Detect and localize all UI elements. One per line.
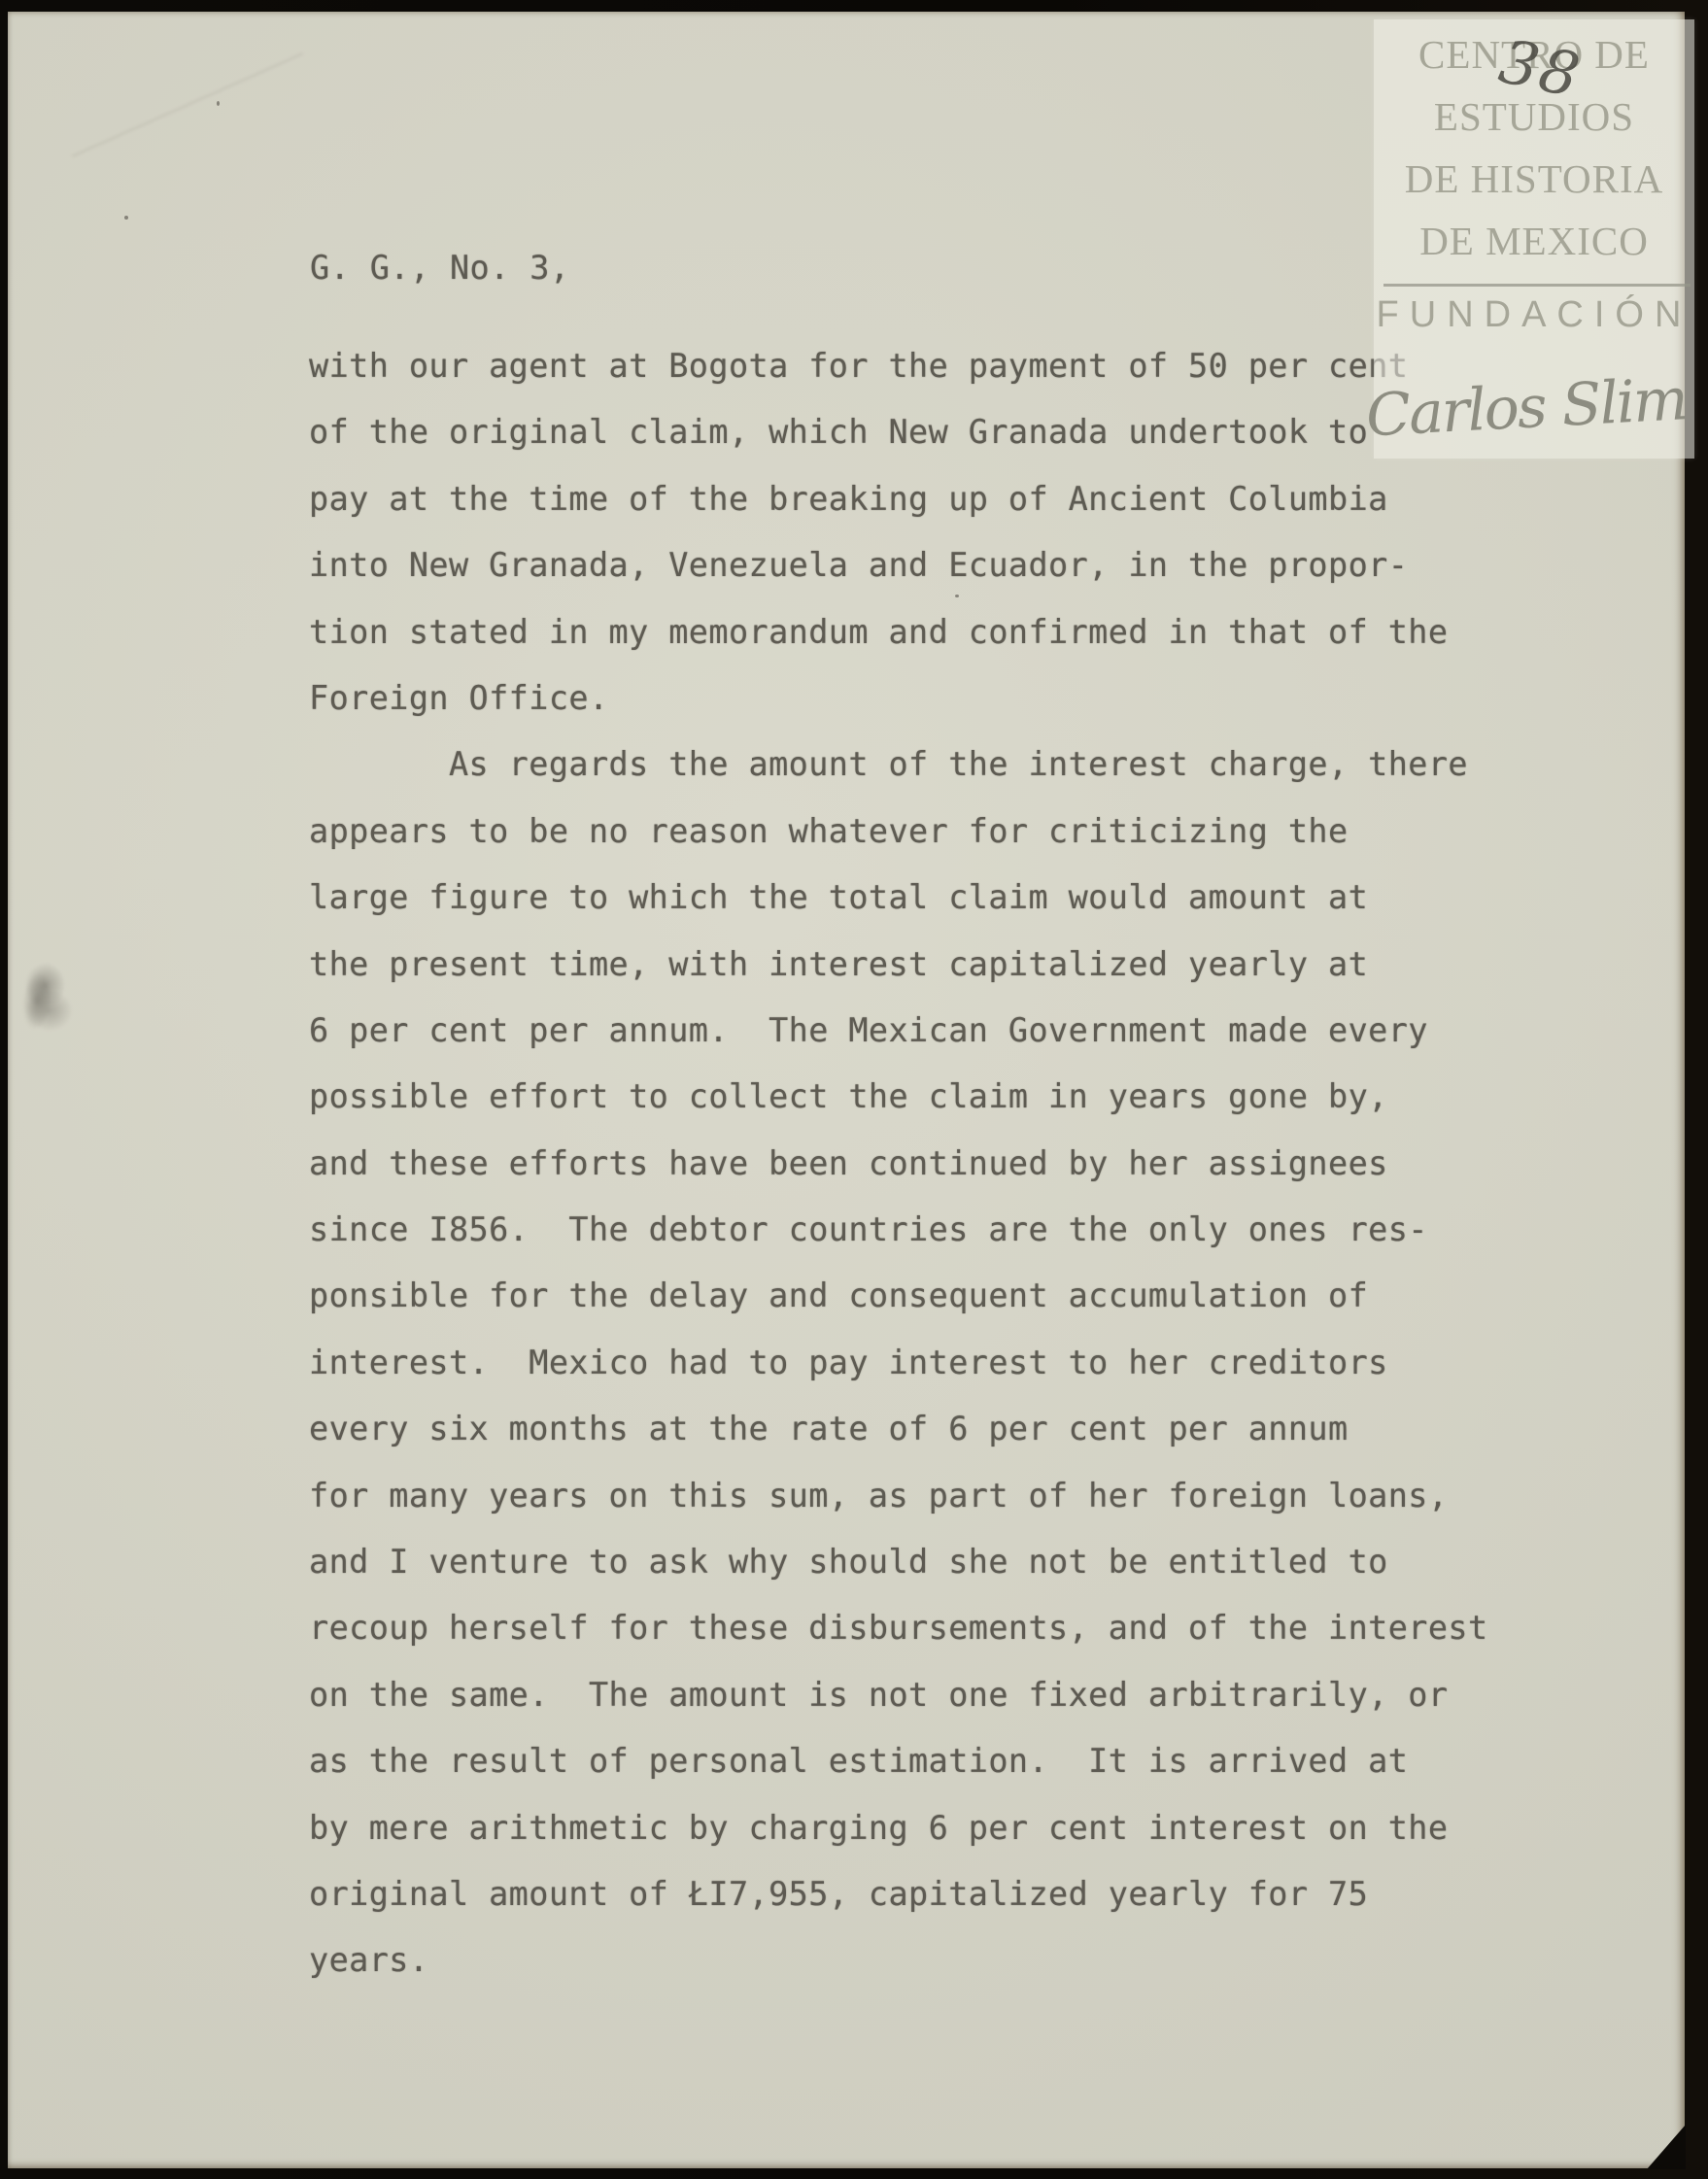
typed-line: 6 per cent per annum. The Mexican Govern… [309,998,1488,1064]
typed-line: appears to be no reason whatever for cri… [309,799,1488,865]
typed-line: recoup herself for these disbursements, … [309,1595,1488,1661]
typed-line: of the original claim, which New Granada… [309,399,1488,465]
typed-line: possible effort to collect the claim in … [309,1064,1488,1130]
stamp-line-de-mexico: DE MEXICO [1374,210,1694,272]
typed-line: As regards the amount of the interest ch… [309,732,1488,798]
typed-line: interest. Mexico had to pay interest to … [309,1330,1488,1396]
typed-line: large figure to which the total claim wo… [309,865,1488,931]
smudge-mark [17,956,89,1041]
typed-line: the present time, with interest capitali… [309,932,1488,998]
typed-line: as the result of personal estimation. It… [309,1728,1488,1794]
typed-line: Foreign Office. [309,665,1488,732]
corner-shadow [1647,2125,1686,2169]
typed-line: pay at the time of the breaking up of An… [309,466,1488,532]
paper-speck [217,101,220,106]
stamp-divider-line [1383,284,1691,287]
typed-line: tion stated in my memorandum and confirm… [309,599,1488,665]
paper-crease [72,52,303,157]
letter-body: with our agent at Bogota for the payment… [309,333,1488,1994]
paper-speck [124,216,128,220]
typed-line: and I venture to ask why should she not … [309,1529,1488,1595]
document-page: G. G., No. 3, with our agent at Bogota f… [8,12,1685,2168]
typed-line: with our agent at Bogota for the payment… [309,333,1488,399]
typed-line: original amount of ŁI7,955, capitalized … [309,1861,1488,1927]
typed-line: every six months at the rate of 6 per ce… [309,1396,1488,1462]
typed-line: years. [309,1927,1488,1993]
typed-line: by mere arithmetic by charging 6 per cen… [309,1795,1488,1861]
typed-line: for many years on this sum, as part of h… [309,1463,1488,1529]
reference-heading: G. G., No. 3, [310,235,569,301]
typed-line: into New Granada, Venezuela and Ecuador,… [309,532,1488,598]
foundation-label: FUNDACIÓN [1374,294,1694,336]
typed-line: and these efforts have been continued by… [309,1131,1488,1197]
typed-line: since I856. The debtor countries are the… [309,1197,1488,1263]
typed-line: ponsible for the delay and consequent ac… [309,1263,1488,1329]
stamp-line-de-historia: DE HISTORIA [1374,148,1694,210]
typed-line: on the same. The amount is not one fixed… [309,1662,1488,1728]
scan-background: G. G., No. 3, with our agent at Bogota f… [0,0,1708,2179]
